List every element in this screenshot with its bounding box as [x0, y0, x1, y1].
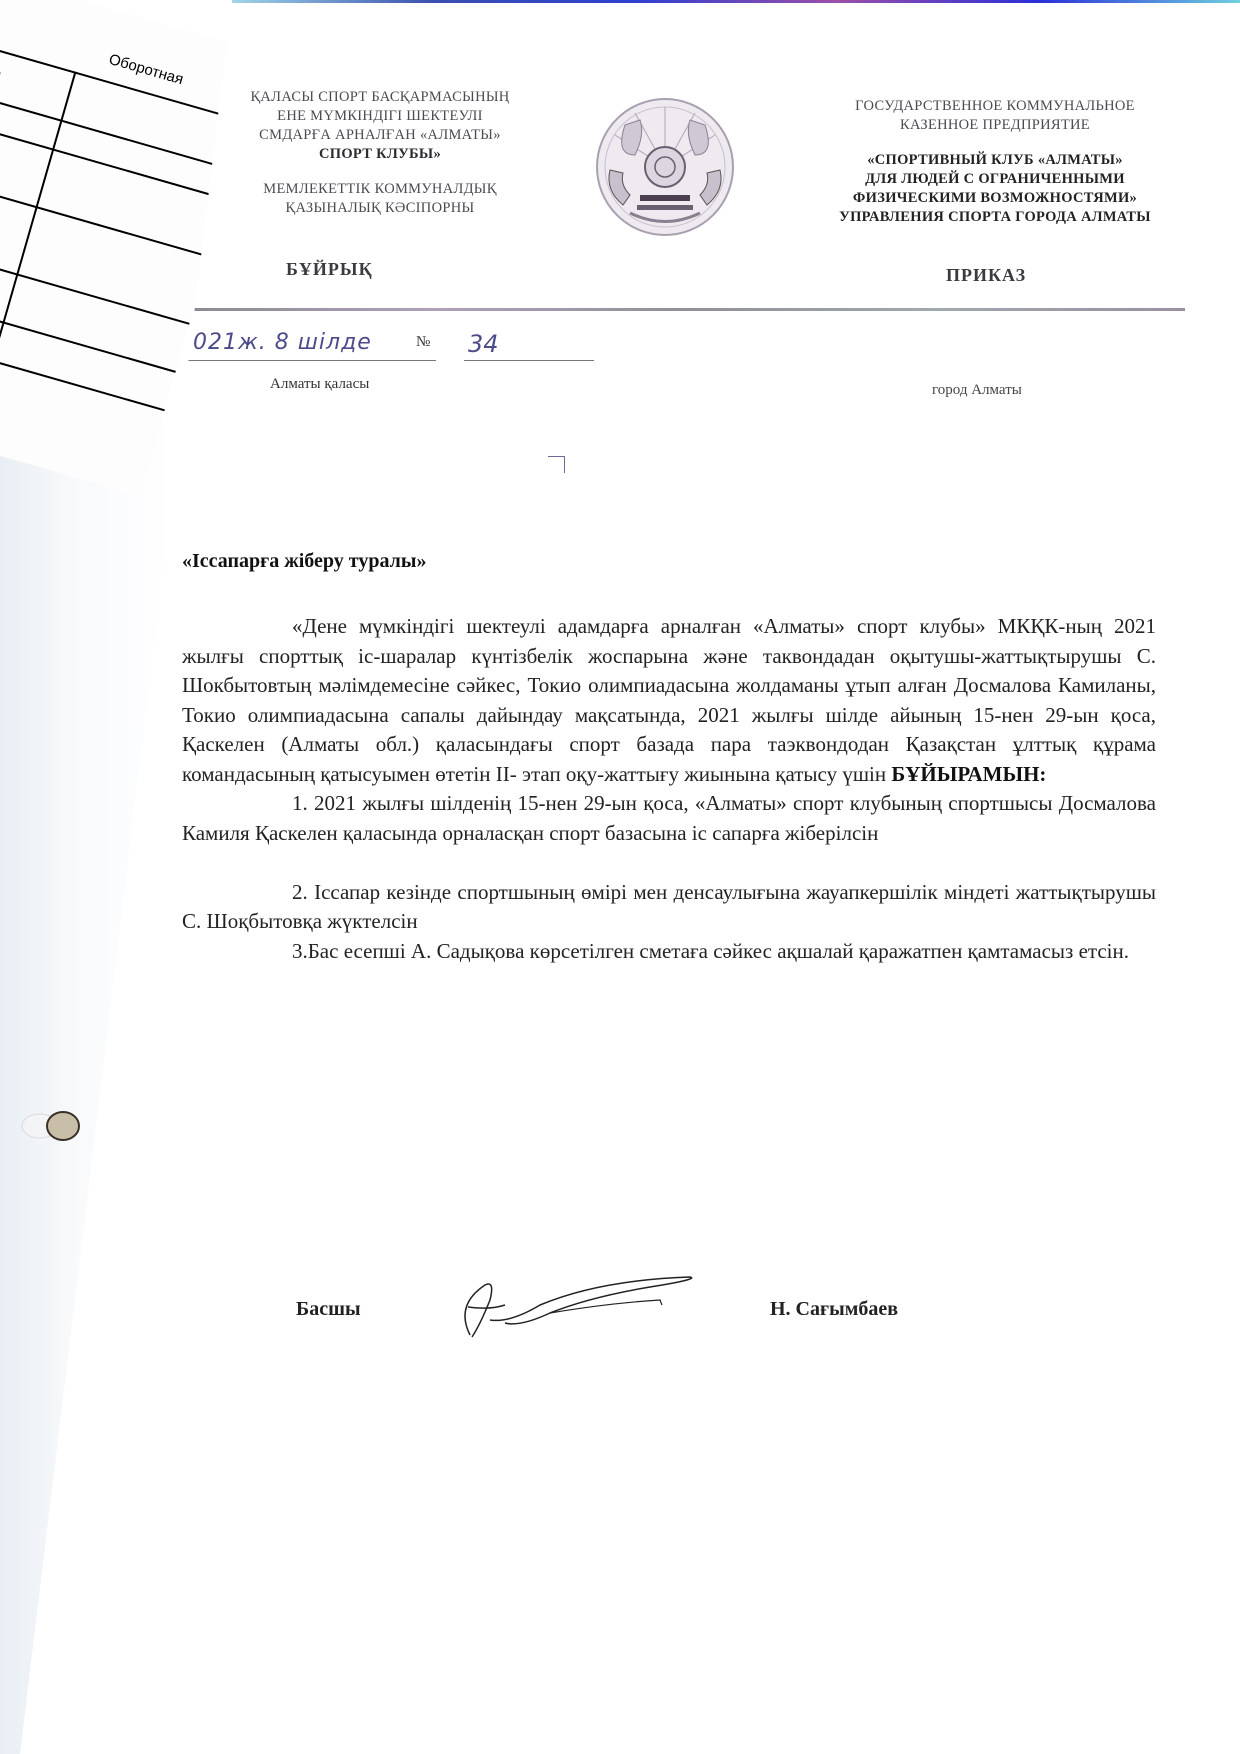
number-sign: №: [416, 334, 430, 351]
form-rule: [0, 316, 165, 412]
header-divider: [185, 308, 1185, 311]
document-body: «Дене мүмкіндігі шектеулі адамдарға арна…: [182, 612, 1156, 966]
order-number: 34: [468, 330, 499, 358]
document-title: «Іссапарға жіберу туралы»: [182, 550, 426, 573]
header-kazakh: ҚАЛАСЫ СПОРТ БАСҚАРМАСЫНЫҢ ЕНЕ МҮМКІНДІГ…: [180, 88, 580, 218]
registration-line: 2021ж. 8 шілде № 34: [178, 330, 568, 360]
staple-pin-icon: [18, 1108, 84, 1142]
order-item-1: 1. 2021 жылғы шілденің 15-нен 29-ын қоса…: [182, 789, 1156, 848]
corner-mark: [548, 456, 565, 473]
handwritten-signature-icon: [450, 1265, 750, 1345]
order-word: БҰЙЫРАМЫН:: [891, 762, 1046, 786]
header-kz-line: ЕНЕ МҮМКІНДІГІ ШЕКТЕУЛІ: [180, 107, 580, 126]
header-kz-line: МЕМЛЕКЕТТІК КОММУНАЛДЫҚ: [180, 180, 580, 199]
header-kz-line: СПОРТ КЛУБЫ»: [180, 145, 580, 164]
header-ru-line: ФИЗИЧЕСКИМИ ВОЗМОЖНОСТЯМИ»: [790, 189, 1200, 208]
form-label: плачено: [0, 53, 3, 81]
order-date: 2021ж. 8 шілде: [178, 330, 372, 355]
header-kz-line: ҚАЛАСЫ СПОРТ БАСҚАРМАСЫНЫҢ: [180, 88, 580, 107]
back-form-title: Оборотная: [107, 51, 185, 88]
signatory-name: Н. Сағымбаев: [770, 1298, 898, 1321]
order-item-2: 2. Іссапар кезінде спортшының өмірі мен …: [182, 878, 1156, 937]
header-kz-line: СМДАРҒА АРНАЛҒАН «АЛМАТЫ»: [180, 126, 580, 145]
order-label-ru: ПРИКАЗ: [946, 265, 1026, 286]
state-emblem-icon: [595, 95, 735, 240]
order-item-3: 3.Бас есепші А. Садықова көрсетілген сме…: [182, 937, 1156, 967]
header-russian: ГОСУДАРСТВЕННОЕ КОММУНАЛЬНОЕ КАЗЕННОЕ ПР…: [790, 97, 1200, 227]
header-ru-line: ДЛЯ ЛЮДЕЙ С ОГРАНИЧЕННЫМИ: [790, 170, 1200, 189]
header-ru-line: УПРАВЛЕНИЯ СПОРТА ГОРОДА АЛМАТЫ: [790, 208, 1200, 227]
header-kz-line: ҚАЗЫНАЛЫҚ КӘСІПОРНЫ: [180, 199, 580, 218]
header-ru-line: «СПОРТИВНЫЙ КЛУБ «АЛМАТЫ»: [790, 151, 1200, 170]
city-kz: Алматы қаласы: [270, 376, 369, 393]
order-label-kz: БҰЙРЫҚ: [286, 259, 373, 280]
form-rule: [0, 162, 209, 258]
form-rule: [0, 104, 225, 200]
preamble: «Дене мүмкіндігі шектеулі адамдарға арна…: [182, 612, 1156, 789]
form-rule: [0, 27, 248, 123]
signatory-role: Басшы: [296, 1298, 361, 1321]
form-rule: [0, 75, 234, 171]
city-ru: город Алматы: [932, 382, 1022, 399]
header-ru-line: КАЗЕННОЕ ПРЕДПРИЯТИЕ: [790, 116, 1200, 135]
header-ru-line: ГОСУДАРСТВЕННОЕ КОММУНАЛЬНОЕ: [790, 97, 1200, 116]
scan-top-edge: [232, 0, 1240, 3]
form-rule: [0, 277, 176, 373]
